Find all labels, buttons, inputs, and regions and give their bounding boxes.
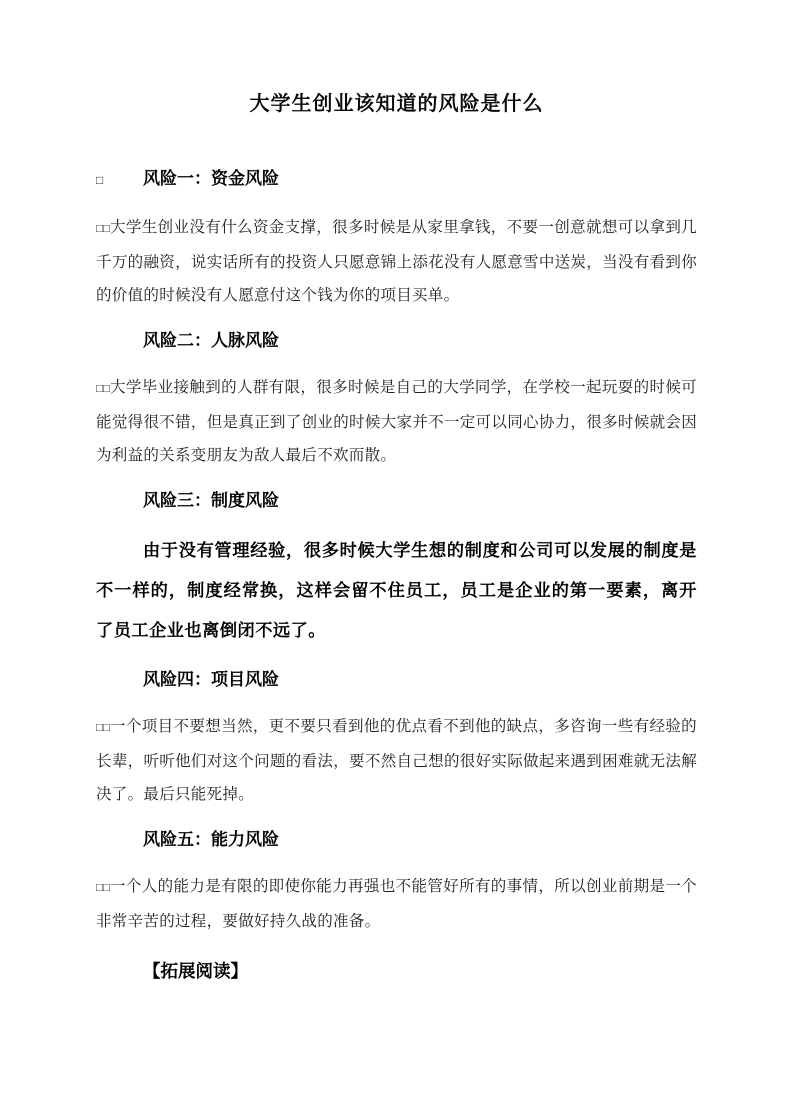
tofu-boxes: □□ [96,383,110,395]
section-heading-text: 风险五：能力风险 [143,830,279,849]
page-title: 大学生创业该知道的风险是什么 [96,0,697,118]
tofu-boxes: □□ [96,722,110,734]
document-page: 大学生创业该知道的风险是什么 □风险一：资金风险 □□大学生创业没有什么资金支撑… [0,0,792,1120]
section-paragraph-risk-2: □□大学毕业接触到的人群有限，很多时候是自己的大学同学，在学校一起玩耍的时候可能… [96,371,697,472]
section-heading-risk-3: 风险三：制度风险 [96,488,697,513]
section-paragraph-risk-3: 由于没有管理经验，很多时候大学生想的制度和公司可以发展的制度是不一样的，制度经常… [96,531,697,651]
paragraph-text: 一个项目不要想当然，更不要只看到他的优点看不到他的缺点，多咨询一些有经验的长辈，… [96,718,697,803]
document-content: 大学生创业该知道的风险是什么 □风险一：资金风险 □□大学生创业没有什么资金支撑… [96,0,697,984]
section-heading-risk-5: 风险五：能力风险 [96,827,697,852]
section-heading-risk-1: □风险一：资金风险 [96,166,697,193]
section-heading-text: 风险三：制度风险 [143,491,279,510]
section-heading-text: 风险二：人脉风险 [143,331,279,350]
section-heading-text: 风险一：资金风险 [143,169,279,188]
section-paragraph-risk-4: □□一个项目不要想当然，更不要只看到他的优点看不到他的缺点，多咨询一些有经验的长… [96,710,697,811]
section-paragraph-risk-5: □□一个人的能力是有限的即使你能力再强也不能管好所有的事情，所以创业前期是一个非… [96,870,697,938]
section-heading-text: 风险四：项目风险 [143,670,279,689]
tofu-box-marker: □ [96,168,143,193]
paragraph-text: 大学生创业没有什么资金支撑，很多时候是从家里拿钱，不要一创意就想可以拿到几千万的… [96,219,697,304]
tofu-boxes: □□ [96,223,110,235]
section-heading-risk-2: 风险二：人脉风险 [96,328,697,353]
extended-reading-heading: 【拓展阅读】 [96,958,697,984]
paragraph-text: 由于没有管理经验，很多时候大学生想的制度和公司可以发展的制度是不一样的，制度经常… [96,541,697,640]
paragraph-text: 大学毕业接触到的人群有限，很多时候是自己的大学同学，在学校一起玩耍的时候可能觉得… [96,379,697,464]
paragraph-text: 一个人的能力是有限的即使你能力再强也不能管好所有的事情，所以创业前期是一个非常辛… [96,878,697,930]
section-heading-risk-4: 风险四：项目风险 [96,667,697,692]
section-paragraph-risk-1: □□大学生创业没有什么资金支撑，很多时候是从家里拿钱，不要一创意就想可以拿到几千… [96,211,697,312]
tofu-boxes: □□ [96,882,110,894]
